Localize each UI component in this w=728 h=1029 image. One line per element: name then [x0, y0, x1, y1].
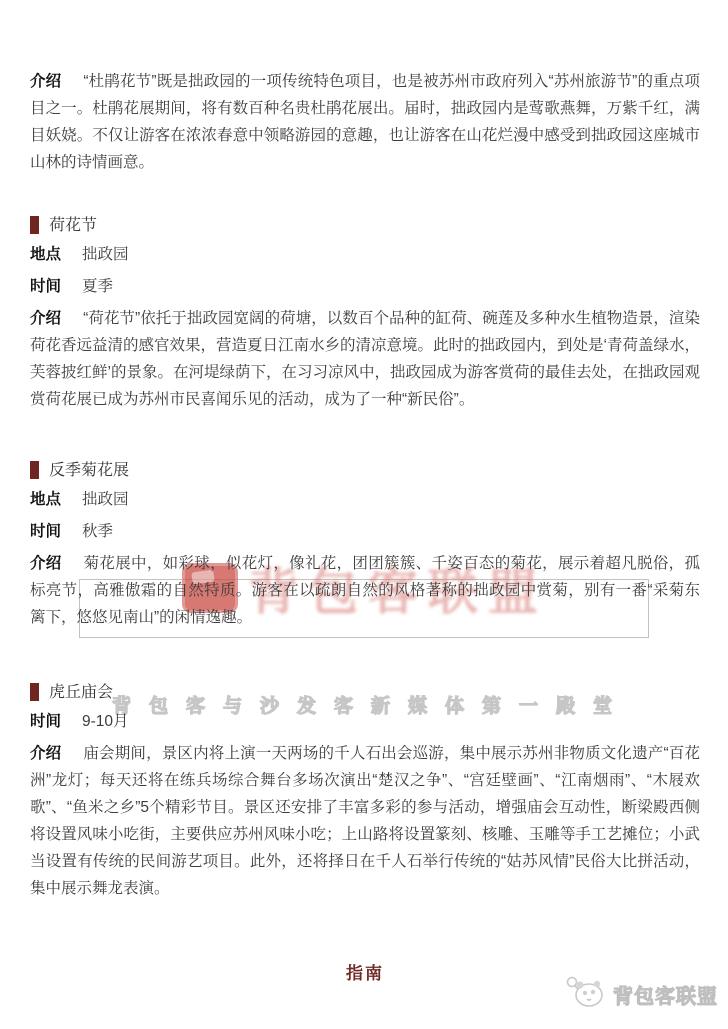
- brand-name: 背包客联盟: [613, 980, 718, 1009]
- meta-label: 地点: [30, 241, 82, 268]
- meta-label: 时间: [30, 708, 82, 735]
- chrysanthemum-intro-paragraph: 介绍菊花展中，如彩球，似花灯，像礼花，团团簇簇、千姿百态的菊花，展示着超凡脱俗，…: [30, 550, 700, 631]
- meta-row-location: 地点拙政园: [30, 486, 700, 513]
- intro-label: 介绍: [30, 555, 62, 572]
- article-content: 介绍“杜鹃花节”既是拙政园的一项传统特色项目，也是被苏州市政府列入“苏州旅游节”…: [0, 68, 728, 987]
- meta-value: 拙政园: [82, 246, 129, 263]
- intro-label: 介绍: [30, 73, 61, 90]
- section-marker-bar: [30, 461, 39, 479]
- lotus-intro-paragraph: 介绍“荷花节”依托于拙政园宽阔的荷塘，以数百个品种的缸荷、碗莲及多种水生植物造景…: [30, 305, 700, 413]
- section-title: 荷花节: [49, 212, 97, 239]
- meta-label: 地点: [30, 486, 82, 513]
- meta-row-time: 时间9-10月: [30, 708, 700, 735]
- section-title: 虎丘庙会: [49, 679, 113, 706]
- meta-label: 时间: [30, 518, 82, 545]
- intro-label: 介绍: [30, 745, 61, 762]
- panda-logo-icon: [563, 974, 607, 1015]
- section-marker-bar: [30, 683, 39, 701]
- temple-fair-intro-paragraph: 介绍庙会期间，景区内将上演一天两场的千人石出会巡游，集中展示苏州非物质文化遗产“…: [30, 740, 700, 902]
- azalea-intro-paragraph: 介绍“杜鹃花节”既是拙政园的一项传统特色项目，也是被苏州市政府列入“苏州旅游节”…: [30, 68, 700, 176]
- brand-watermark: 背包客联盟: [563, 974, 718, 1015]
- meta-row-location: 地点拙政园: [30, 241, 700, 268]
- meta-row-time: 时间夏季: [30, 273, 700, 300]
- section-title: 反季菊花展: [49, 457, 129, 484]
- intro-text: “荷花节”依托于拙政园宽阔的荷塘，以数百个品种的缸荷、碗莲及多种水生植物造景，渲…: [30, 310, 700, 408]
- meta-value: 秋季: [82, 523, 113, 540]
- section-heading-lotus: 荷花节: [30, 214, 700, 236]
- intro-label: 介绍: [30, 310, 61, 327]
- meta-row-time: 时间秋季: [30, 518, 700, 545]
- intro-text: 菊花展中，如彩球，似花灯，像礼花，团团簇簇、千姿百态的菊花，展示着超凡脱俗，孤标…: [30, 555, 700, 626]
- meta-value: 拙政园: [82, 491, 129, 508]
- intro-text: “杜鹃花节”既是拙政园的一项传统特色项目，也是被苏州市政府列入“苏州旅游节”的重…: [30, 73, 700, 171]
- intro-text: 庙会期间，景区内将上演一天两场的千人石出会巡游，集中展示苏州非物质文化遗产“百花…: [30, 745, 700, 897]
- section-marker-bar: [30, 216, 39, 234]
- meta-label: 时间: [30, 273, 82, 300]
- document-page: 背包客联盟 背包客与沙发客新媒体第一殿堂 介绍“杜鹃花节”既是拙政园的一项传统特…: [0, 0, 728, 1029]
- meta-value: 夏季: [82, 278, 113, 295]
- meta-value: 9-10月: [82, 713, 129, 730]
- section-heading-temple-fair: 虎丘庙会: [30, 681, 700, 703]
- section-heading-chrysanthemum: 反季菊花展: [30, 459, 700, 481]
